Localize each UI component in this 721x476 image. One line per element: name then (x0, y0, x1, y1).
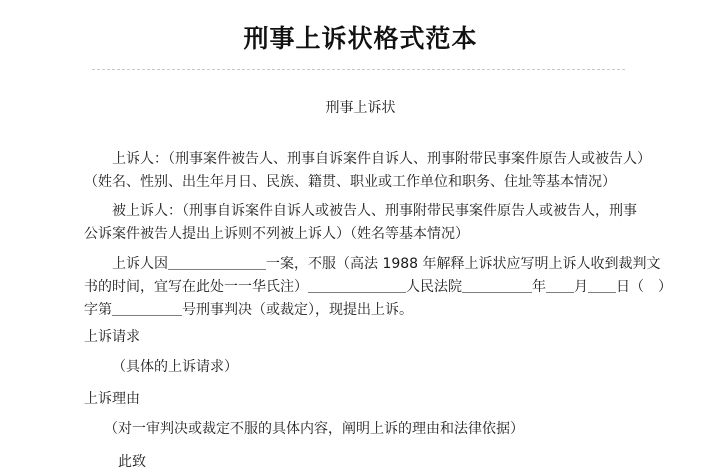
title-divider (92, 69, 625, 70)
appellant-paragraph: 上诉人：（刑事案件被告人、刑事自诉案件自诉人、刑事附带民事案件原告人或被告人） … (84, 148, 644, 194)
appellant-line-1-text: 上诉人：（刑事案件被告人、刑事自诉案件自诉人、刑事附带民事案件原告人或被告人） (112, 151, 651, 167)
statement-line-2: 书的时间，宜写在此处一一华氏注）＿＿＿＿＿＿＿人民法院＿＿＿＿＿年＿＿月＿＿日（… (84, 276, 644, 299)
appeal-reason-heading: 上诉理由 (84, 388, 644, 411)
appellee-line-1: 被上诉人：（刑事自诉案件自诉人或被告人、刑事附带民事案件原告人或被告人，刑事 (84, 200, 644, 223)
page-title: 刑事上诉状格式范本 (0, 22, 721, 56)
document-subtitle: 刑事上诉状 (0, 98, 721, 118)
appellee-line-2: 公诉案件被告人提出上诉则不列被上诉人）（姓名等基本情况） (84, 223, 644, 246)
document-page: 刑事上诉状格式范本 刑事上诉状 上诉人：（刑事案件被告人、刑事自诉案件自诉人、刑… (0, 0, 721, 476)
statement-line-1-text: 上诉人因＿＿＿＿＿＿＿一案，不服（高法 1988 年解释上诉状应写明上诉人收到裁… (112, 256, 661, 272)
statement-line-1: 上诉人因＿＿＿＿＿＿＿一案，不服（高法 1988 年解释上诉状应写明上诉人收到裁… (84, 253, 644, 276)
appellee-paragraph: 被上诉人：（刑事自诉案件自诉人或被告人、刑事附带民事案件原告人或被告人，刑事 公… (84, 200, 644, 246)
statement-paragraph: 上诉人因＿＿＿＿＿＿＿一案，不服（高法 1988 年解释上诉状应写明上诉人收到裁… (84, 253, 644, 322)
appeal-reason-body: （对一审判决或裁定不服的具体内容，阐明上诉的理由和法律依据） (104, 418, 664, 441)
appellant-line-2: （姓名、性别、出生年月日、民族、籍贯、职业或工作单位和职务、住址等基本情况） (84, 171, 644, 194)
appeal-request-body: （具体的上诉请求） (112, 356, 672, 379)
appeal-request-heading: 上诉请求 (84, 326, 644, 349)
statement-line-3: 字第＿＿＿＿＿号刑事判决（或裁定），现提出上诉。 (84, 299, 644, 322)
appellant-line-1: 上诉人：（刑事案件被告人、刑事自诉案件自诉人、刑事附带民事案件原告人或被告人） (84, 148, 644, 171)
appellee-line-1-text: 被上诉人：（刑事自诉案件自诉人或被告人、刑事附带民事案件原告人或被告人，刑事 (112, 203, 637, 219)
closing-salutation: 此致 (118, 451, 678, 474)
